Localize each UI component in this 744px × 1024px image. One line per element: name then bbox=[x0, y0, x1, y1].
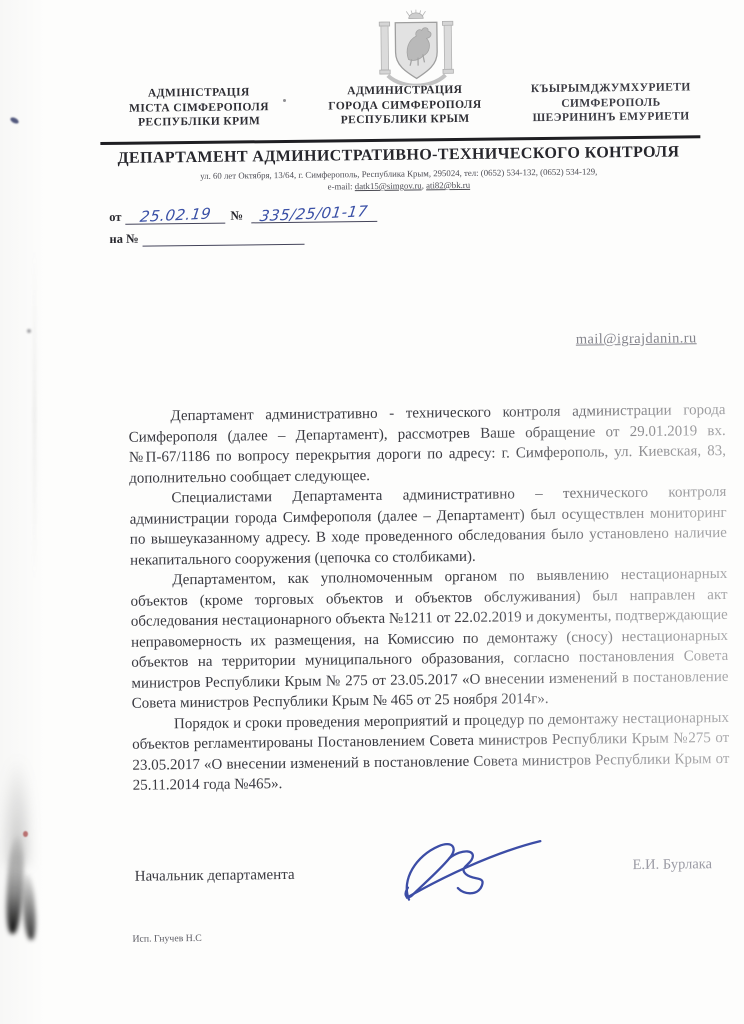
handwritten-date: 25.02.19 bbox=[139, 205, 212, 226]
letterhead-line: РЕСПУБЛИКИ КРЫМ bbox=[302, 111, 508, 128]
scanned-letter-page: АДМІНІСТРАЦІЯ МІСТА СІМФЕРОПОЛЯ РЕСПУБЛІ… bbox=[0, 0, 744, 1024]
crimea-coat-of-arms-icon bbox=[376, 7, 457, 86]
department-email-2: ati82@bk.ru bbox=[426, 180, 470, 190]
number-sign-label: № bbox=[230, 208, 243, 223]
handwritten-signature bbox=[394, 832, 545, 914]
email-prefix: e-mail: bbox=[328, 181, 355, 191]
incoming-number-row: на № bbox=[109, 223, 377, 247]
letterhead-columns: АДМІНІСТРАЦІЯ МІСТА СІМФЕРОПОЛЯ РЕСПУБЛІ… bbox=[96, 80, 714, 131]
from-label: от bbox=[109, 210, 121, 225]
letterhead-line: РЕСПУБЛІКИ КРИМ bbox=[96, 114, 302, 131]
letterhead-line: ГОРОДА СИМФЕРОПОЛЯ bbox=[302, 97, 508, 114]
body-paragraph-2: Специалистами Департамента административ… bbox=[129, 482, 727, 571]
letter-body: Департамент административно - техническо… bbox=[128, 400, 729, 796]
letterhead-russian: АДМИНИСТРАЦИЯ ГОРОДА СИМФЕРОПОЛЯ РЕСПУБЛ… bbox=[302, 82, 508, 128]
reference-block: от 25.02.19 № 335/25/01-17 на № bbox=[109, 201, 377, 247]
signer-position: Начальник департамента bbox=[135, 867, 295, 886]
body-paragraph-1: Департамент административно - техническо… bbox=[128, 400, 726, 489]
department-email-1: datk15@simgov.ru bbox=[355, 180, 422, 191]
recipient-email: mail@igrajdanin.ru bbox=[576, 330, 697, 348]
letterhead-ukrainian: АДМІНІСТРАЦІЯ МІСТА СІМФЕРОПОЛЯ РЕСПУБЛІ… bbox=[96, 85, 302, 131]
outgoing-number-row: от 25.02.19 № 335/25/01-17 bbox=[109, 201, 377, 225]
executor-note: Исп. Гнучев Н.С bbox=[132, 933, 202, 945]
outgoing-date-field: 25.02.19 bbox=[125, 205, 225, 225]
incoming-number-field bbox=[143, 244, 305, 247]
letterhead-crimean-tatar: КЪЫРЫМДЖУМХУРИЕТИ СИМФЕРОПОЛЬ ШЕЭРИНИНЪ … bbox=[508, 80, 714, 126]
department-title: ДЕПАРТАМЕНТ АДМИНИСТРАТИВНО-ТЕХНИЧЕСКОГО… bbox=[84, 143, 712, 168]
handwritten-number: 335/25/01-17 bbox=[259, 202, 369, 225]
letterhead-line: КЪЫРЫМДЖУМХУРИЕТИ bbox=[508, 80, 714, 97]
body-paragraph-3: Департаментом, как уполномоченным органо… bbox=[130, 564, 729, 714]
body-paragraph-4: Порядок и сроки проведения мероприятий и… bbox=[132, 707, 730, 796]
signer-name: Е.И. Бурлака bbox=[633, 856, 713, 874]
letterhead-line: ШЕЭРИНИНЪ ЕМУРИЕТИ bbox=[508, 109, 714, 126]
reply-to-label: на № bbox=[109, 232, 138, 247]
outgoing-number-field: 335/25/01-17 bbox=[251, 203, 377, 223]
